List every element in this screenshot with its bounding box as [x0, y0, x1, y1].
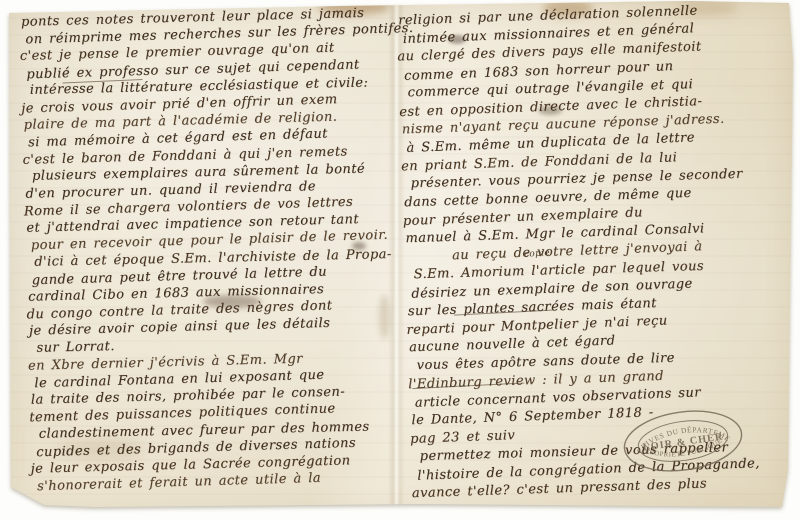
scanned-letter: ponts ces notes trouveront leur place si… — [0, 0, 800, 520]
paper-shadow-wrap: ponts ces notes trouveront leur place si… — [0, 0, 800, 520]
letter-paper: ponts ces notes trouveront leur place si… — [0, 0, 800, 520]
interlinear-insertion: copie — [524, 248, 551, 260]
letter-page-left: ponts ces notes trouveront leur place si… — [21, 4, 398, 495]
